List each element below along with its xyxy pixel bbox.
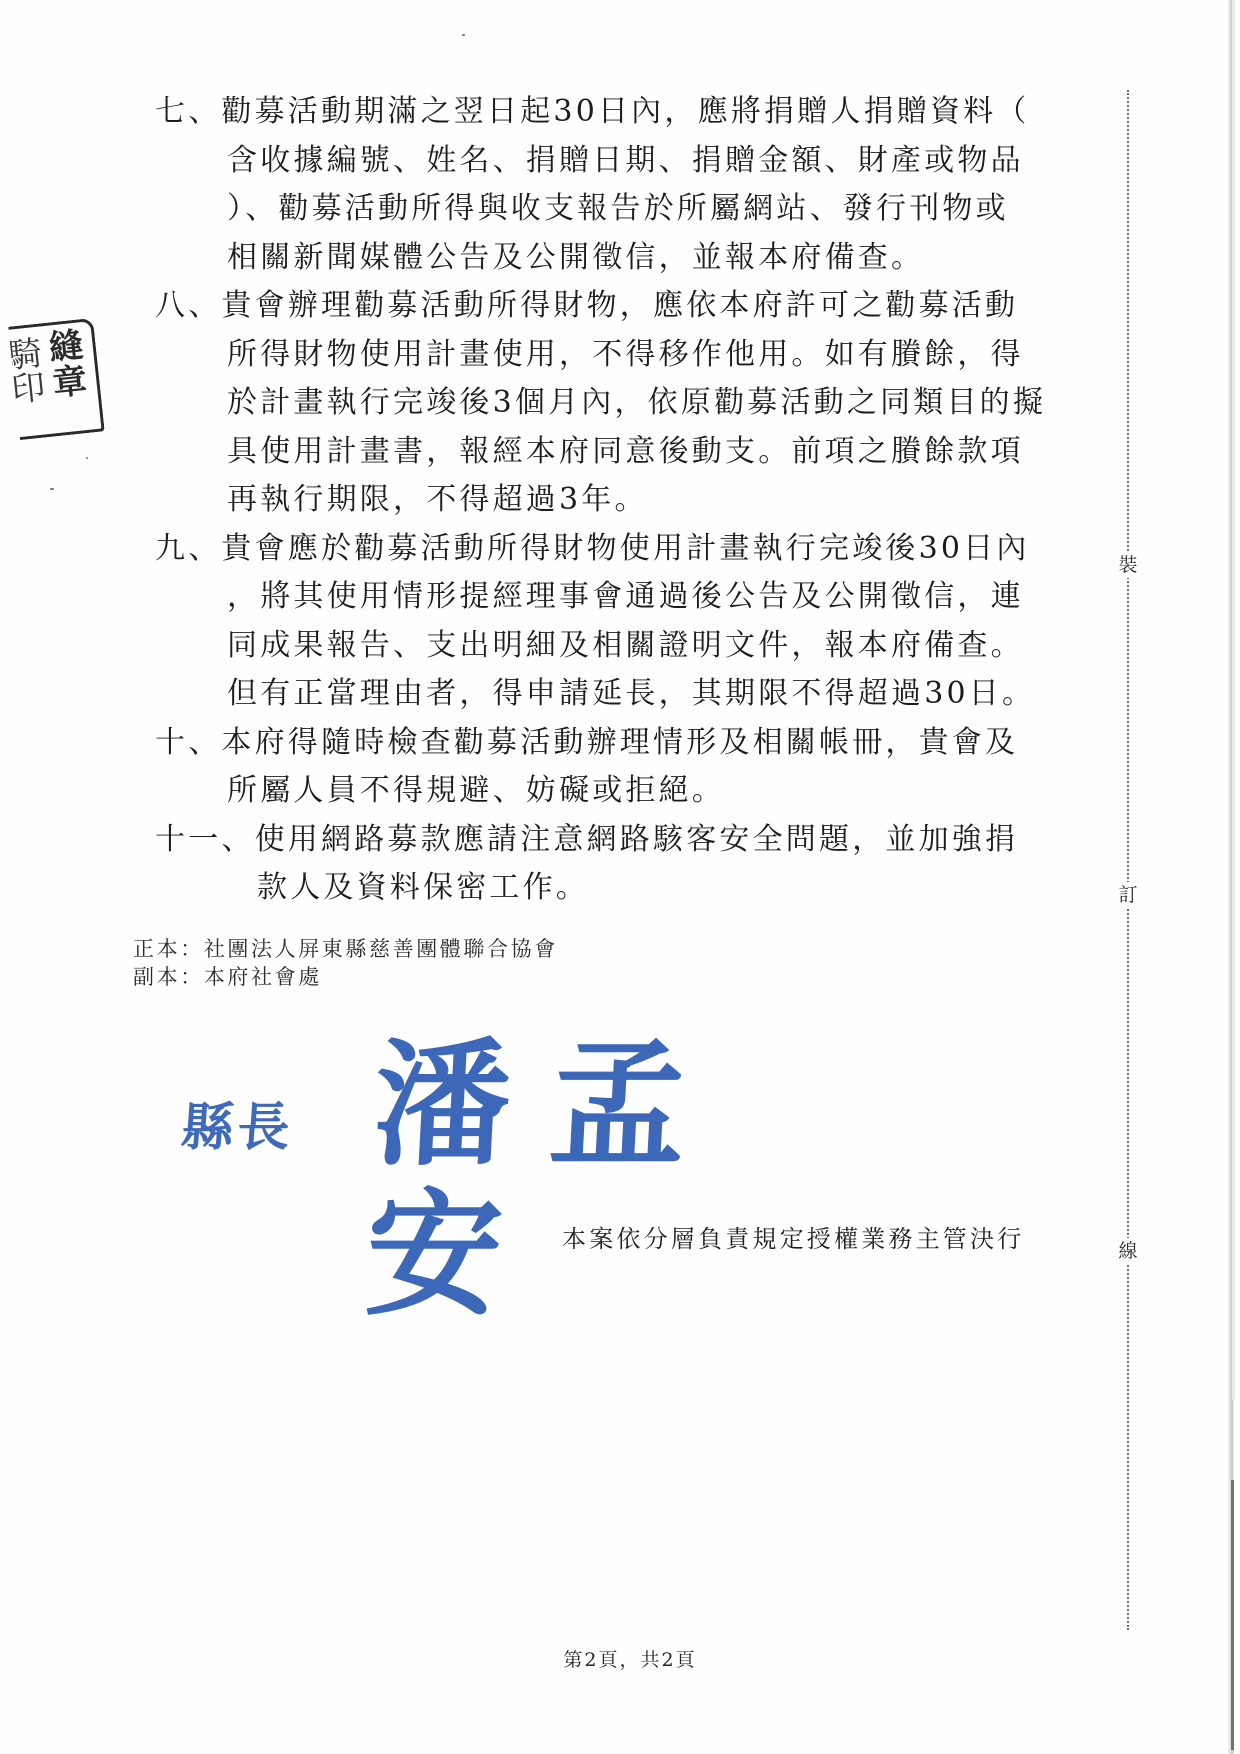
- delegation-note: 本案依分層負責規定授權業務主管決行: [562, 1219, 1024, 1254]
- copy-label: 副本：: [133, 965, 204, 989]
- item-10: 十、本府得隨時檢查勸募活動辦理情形及相關帳冊，貴會及 所屬人員不得規避、妨礙或拒…: [155, 719, 1075, 816]
- item-line: 十一、使用網路募款應請注意網路駭客安全問題，並加強捐: [155, 816, 1075, 865]
- scan-edge-highlight: [1232, 0, 1235, 1400]
- scan-speck: [86, 457, 88, 459]
- item-line: 具使用計畫書，報經本府同意後動支。前項之賸餘款項: [155, 428, 1075, 477]
- binding-label-zhuang: 裝: [1113, 552, 1143, 578]
- item-line: ）、勸募活動所得與收支報告於所屬網站、發行刊物或: [155, 185, 1075, 234]
- scan-speck: [462, 34, 465, 36]
- item-line: 八、貴會辦理勸募活動所得財物，應依本府許可之勸募活動: [155, 282, 1075, 331]
- item-marker: 十、: [155, 719, 221, 768]
- item-text: 貴會應於勸募活動所得財物使用計畫執行完竣後30日內: [221, 531, 1029, 566]
- copy-value: 本府社會處: [204, 965, 322, 989]
- item-line: 但有正當理由者，得申請延長，其期限不得超過30日。: [155, 670, 1075, 719]
- item-text: 貴會辦理勸募活動所得財物，應依本府許可之勸募活動: [221, 288, 1018, 323]
- distribution-list: 正本：社團法人屏東縣慈善團體聯合協會 副本：本府社會處: [133, 935, 558, 991]
- item-line: 含收據編號、姓名、捐贈日期、捐贈金額、財產或物品: [155, 137, 1075, 186]
- item-line: 所得財物使用計畫使用，不得移作他用。如有賸餘，得: [155, 331, 1075, 380]
- copy-recipient: 副本：本府社會處: [133, 963, 558, 991]
- item-line: 七、勸募活動期滿之翌日起30日內，應將捐贈人捐贈資料（: [155, 88, 1075, 137]
- original-value: 社團法人屏東縣慈善團體聯合協會: [204, 937, 558, 961]
- binding-label-xian: 線: [1113, 1238, 1143, 1264]
- scan-edge-dark: [1231, 1480, 1234, 1750]
- binding-label-ding: 訂: [1113, 882, 1143, 908]
- seam-seal-stamp: 騎印 縫章: [8, 318, 104, 440]
- item-line: 同成果報告、支出明細及相關證明文件，報本府備查。: [155, 622, 1075, 671]
- item-marker: 八、: [155, 282, 221, 331]
- item-text: 使用網路募款應請注意網路駭客安全問題，並加強捐: [255, 822, 1019, 857]
- signature-name: 潘孟安: [362, 1030, 848, 1330]
- item-line: 再執行期限，不得超過3年。: [155, 476, 1075, 525]
- item-7: 七、勸募活動期滿之翌日起30日內，應將捐贈人捐贈資料（ 含收據編號、姓名、捐贈日…: [155, 88, 1075, 282]
- item-11: 十一、使用網路募款應請注意網路駭客安全問題，並加強捐 款人及資料保密工作。: [155, 816, 1075, 913]
- magistrate-signature-stamp: 縣長 潘孟安: [180, 1030, 840, 1190]
- item-marker: 九、: [155, 525, 221, 574]
- item-text: 勸募活動期滿之翌日起30日內，應將捐贈人捐贈資料（: [221, 94, 1029, 129]
- binding-dotted-line: [1127, 90, 1129, 1630]
- item-line: 款人及資料保密工作。: [155, 864, 1075, 913]
- item-line: ，將其使用情形提經理事會通過後公告及公開徵信，連: [155, 573, 1075, 622]
- original-recipient: 正本：社團法人屏東縣慈善團體聯合協會: [133, 935, 558, 963]
- scan-speck: [50, 488, 54, 490]
- signature-title: 縣長: [179, 1085, 296, 1160]
- seal-characters: 縫章: [37, 326, 92, 403]
- item-line: 九、貴會應於勸募活動所得財物使用計畫執行完竣後30日內: [155, 525, 1075, 574]
- item-9: 九、貴會應於勸募活動所得財物使用計畫執行完竣後30日內 ，將其使用情形提經理事會…: [155, 525, 1075, 719]
- item-line: 所屬人員不得規避、妨礙或拒絕。: [155, 767, 1075, 816]
- original-label: 正本：: [133, 937, 204, 961]
- item-line: 於計畫執行完竣後3個月內，依原勸募活動之同類目的擬: [155, 379, 1075, 428]
- item-8: 八、貴會辦理勸募活動所得財物，應依本府許可之勸募活動 所得財物使用計畫使用，不得…: [155, 282, 1075, 525]
- item-marker: 十一、: [155, 816, 255, 865]
- page-number: 第2頁，共2頁: [0, 1645, 1240, 1672]
- item-line: 相關新聞媒體公告及公開徵信，並報本府備查。: [155, 234, 1075, 283]
- item-line: 十、本府得隨時檢查勸募活動辦理情形及相關帳冊，貴會及: [155, 719, 1075, 768]
- regulation-items: 七、勸募活動期滿之翌日起30日內，應將捐贈人捐贈資料（ 含收據編號、姓名、捐贈日…: [155, 88, 1075, 913]
- item-text: 本府得隨時檢查勸募活動辦理情形及相關帳冊，貴會及: [221, 725, 1018, 760]
- item-marker: 七、: [155, 88, 221, 137]
- document-page: 騎印 縫章 裝 訂 線 七、勸募活動期滿之翌日起30日內，應將捐贈人捐贈資料（ …: [0, 0, 1240, 1754]
